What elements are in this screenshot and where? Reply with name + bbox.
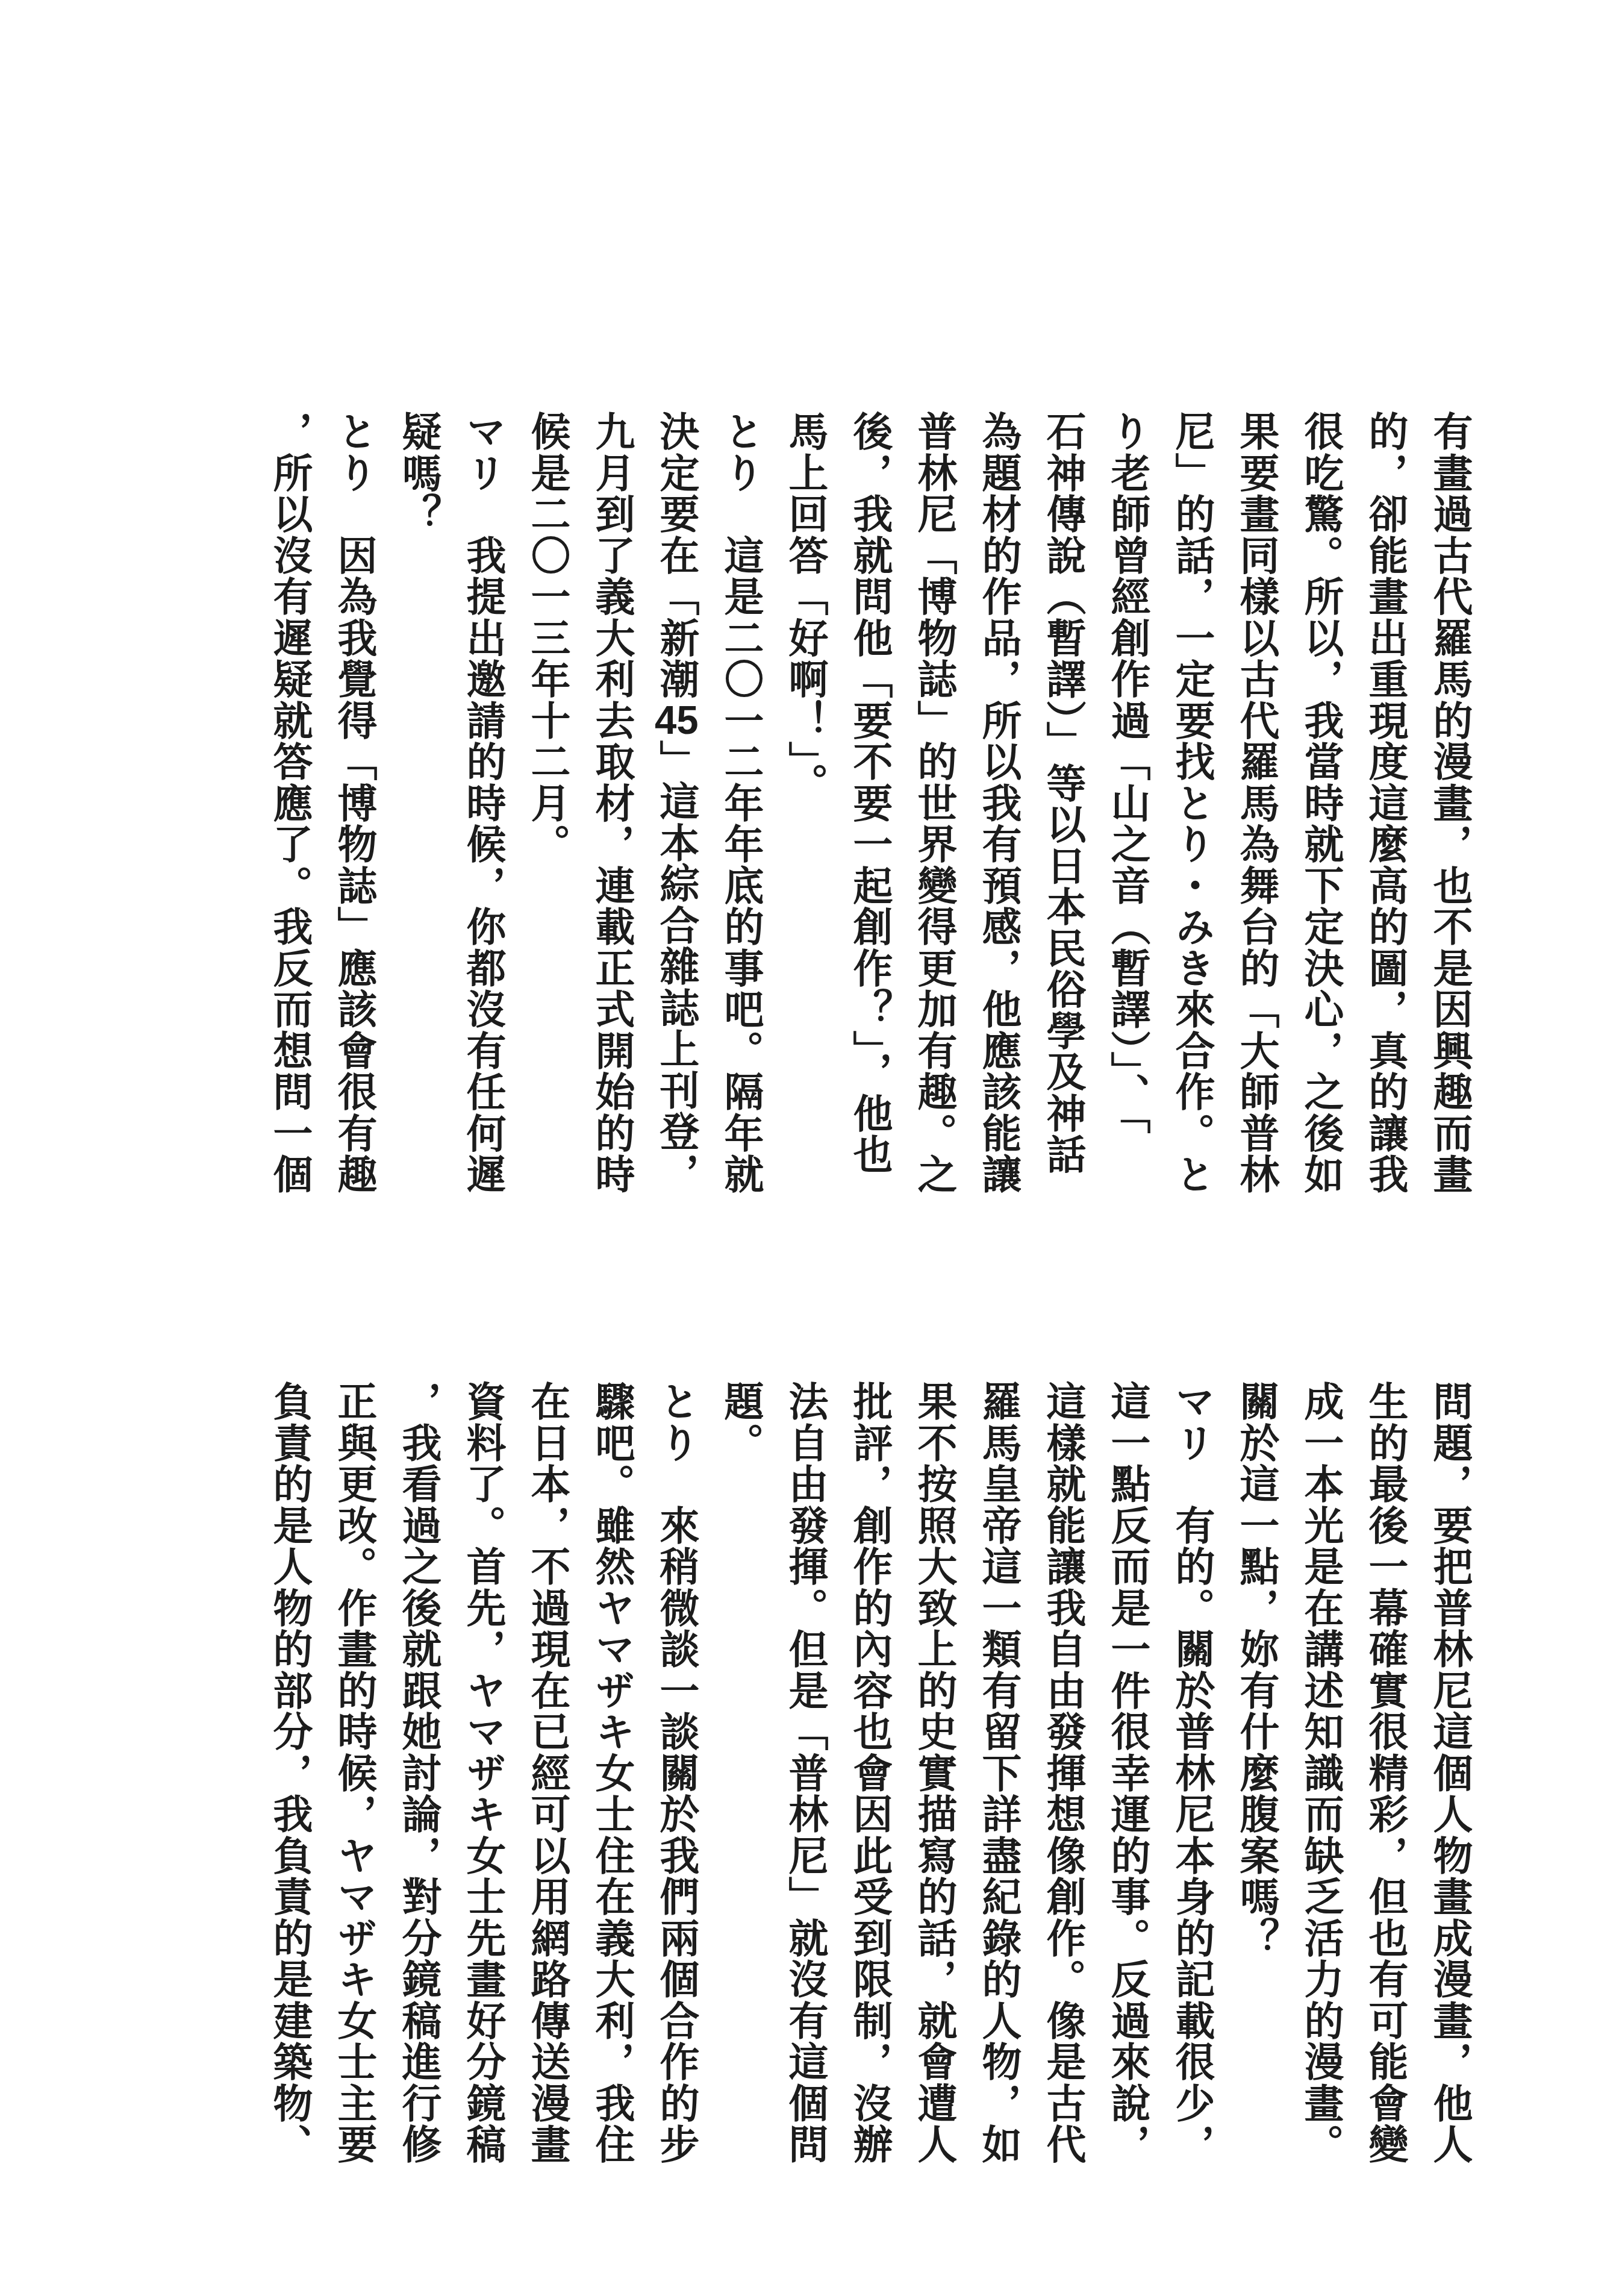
text-block-bottom: 問題，要把普林尼這個人物畫成漫畫，他人 生的最後一幕確實很精彩，但也有可能會變 … <box>257 1381 1482 2177</box>
text-column: 後，我就問他「要不要一起創作？」，他也 <box>837 411 902 1200</box>
text-column: 石神傳說（暫譯）」等以日本民俗學及神話 <box>1031 411 1095 1200</box>
text-column: 生的最後一幕確實很精彩，但也有可能會變 <box>1353 1381 1417 2177</box>
text-column: り老師曾經創作過「山之音（暫譯）」、「 <box>1095 411 1159 1200</box>
text-column: 九月到了義大利去取材，連載正式開始的時 <box>579 411 644 1200</box>
text-column: 正與更改。作畫的時候，ヤマザキ女士主要 <box>322 1381 386 2177</box>
text-column-speaker-mari: マリ 有的。關於普林尼本身的記載很少， <box>1159 1381 1224 2177</box>
text-column: 的，卻能畫出重現度這麼高的圖，真的讓我 <box>1353 411 1417 1200</box>
text-column: 果要畫同樣以古代羅馬為舞台的「大師普林 <box>1224 411 1288 1200</box>
text-column: 為題材的作品，所以我有預感，他應該能讓 <box>966 411 1031 1200</box>
text-column: 這樣就能讓我自由發揮想像創作。像是古代 <box>1031 1381 1095 2177</box>
text-column: 成一本光是在講述知識而缺乏活力的漫畫。 <box>1288 1381 1353 2177</box>
text-column: 批評，創作的內容也會因此受到限制，沒辦 <box>837 1381 902 2177</box>
text-column: 法自由發揮。但是「普林尼」就沒有這個問 <box>773 1381 837 2177</box>
text-column: 馬上回答「好啊！」。 <box>773 411 837 1200</box>
text-column: 負責的是人物的部分，我負責的是建築物、 <box>257 1381 322 2177</box>
text-block-top: 有畫過古代羅馬的漫畫，也不是因興趣而畫 的，卻能畫出重現度這麼高的圖，真的讓我 … <box>257 411 1482 1200</box>
text-column: 題。 <box>708 1381 773 2177</box>
text-column: 羅馬皇帝這一類有留下詳盡紀錄的人物，如 <box>966 1381 1031 2177</box>
text-column: 在日本，不過現在已經可以用網路傳送漫畫 <box>515 1381 579 2177</box>
text-column: 關於這一點，妳有什麼腹案嗎？ <box>1224 1381 1288 2177</box>
text-column: ，所以沒有遲疑就答應了。我反而想問一個 <box>257 411 322 1200</box>
text-column: 候是二〇一三年十二月。 <box>515 411 579 1200</box>
text-column-speaker-mari: マリ 我提出邀請的時候，你都沒有任何遲 <box>451 411 515 1200</box>
text-column: 很吃驚。所以，我當時就下定決心，之後如 <box>1288 411 1353 1200</box>
text-column: ，我看過之後就跟她討論，對分鏡稿進行修 <box>386 1381 451 2177</box>
text-column: 疑嗎？ <box>386 411 451 1200</box>
text-column: 資料了。首先，ヤマザキ女士先畫好分鏡稿 <box>451 1381 515 2177</box>
text-column: 尼」的話，一定要找とり・みき來合作。と <box>1159 411 1224 1200</box>
text-column-speaker-tori: とり 這是二〇一二年年底的事吧。隔年就 <box>708 411 773 1200</box>
text-column-speaker-tori: とり 來稍微談一談關於我們兩個合作的步 <box>644 1381 708 2177</box>
text-column-speaker-tori: とり 因為我覺得「博物誌」應該會很有趣 <box>322 411 386 1200</box>
book-page: 有畫過古代羅馬的漫畫，也不是因興趣而畫 的，卻能畫出重現度這麼高的圖，真的讓我 … <box>0 0 1622 2296</box>
text-column: 問題，要把普林尼這個人物畫成漫畫，他人 <box>1417 1381 1482 2177</box>
text-column: 有畫過古代羅馬的漫畫，也不是因興趣而畫 <box>1417 411 1482 1200</box>
text-column: 這一點反而是一件很幸運的事。反過來說， <box>1095 1381 1159 2177</box>
text-column: 果不按照大致上的史實描寫的話，就會遭人 <box>902 1381 966 2177</box>
text-column: 普林尼「博物誌」的世界變得更加有趣。之 <box>902 411 966 1200</box>
text-column: 決定要在「新潮45」這本綜合雜誌上刊登， <box>644 411 708 1200</box>
text-column: 驟吧。雖然ヤマザキ女士住在義大利，我住 <box>579 1381 644 2177</box>
